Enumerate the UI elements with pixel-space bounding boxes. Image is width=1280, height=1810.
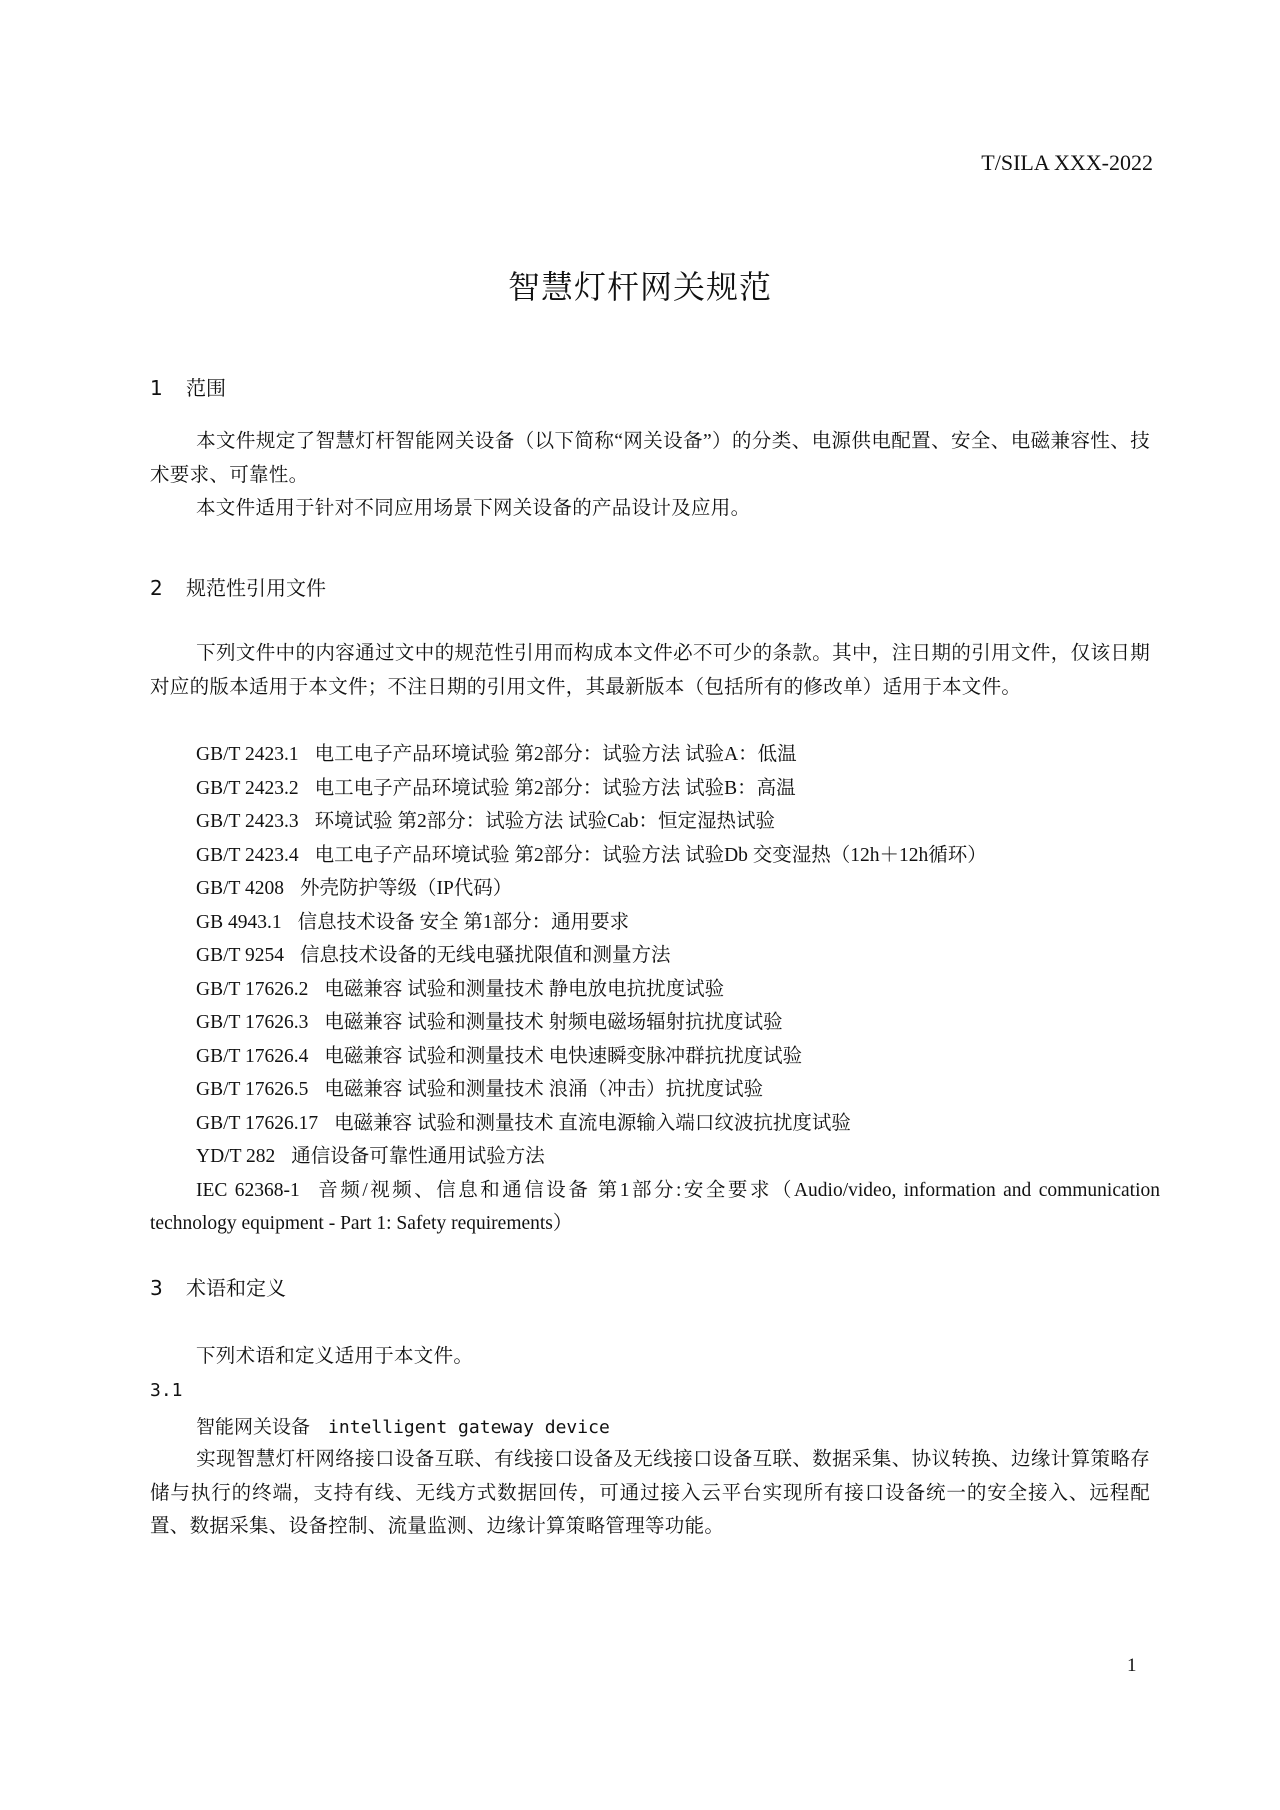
paragraph: 本文件适用于针对不同应用场景下网关设备的产品设计及应用。 — [150, 492, 1150, 526]
term-name: 智能网关设备intelligent gateway device — [196, 1412, 610, 1439]
paragraph: 下列术语和定义适用于本文件。 — [150, 1340, 1150, 1374]
paragraph: 下列文件中的内容通过文中的规范性引用而构成本文件必不可少的条款。其中，注日期的引… — [150, 637, 1150, 704]
section-number: 1 — [150, 376, 186, 400]
page-number: 1 — [1127, 1655, 1137, 1677]
reference-item: GB/T 17626.2电磁兼容 试验和测量技术 静电放电抗扰度试验 — [150, 973, 1160, 1007]
section-title: 术语和定义 — [186, 1276, 286, 1300]
term-definition: 实现智慧灯杆网络接口设备互联、有线接口设备及无线接口设备互联、数据采集、协议转换… — [150, 1443, 1150, 1544]
section-number: 3 — [150, 1276, 186, 1300]
term-number: 3.1 — [150, 1380, 183, 1401]
section-number: 2 — [150, 576, 186, 600]
section-heading-scope: 1范围 — [150, 372, 226, 401]
reference-item: GB/T 2423.2电工电子产品环境试验 第2部分：试验方法 试验B：高温 — [150, 772, 1160, 806]
paragraph: 本文件规定了智慧灯杆智能网关设备（以下简称“网关设备”）的分类、电源供电配置、安… — [150, 425, 1150, 492]
reference-item: IEC 62368-1音频/视频、信息和通信设备 第1部分:安全要求（Audio… — [150, 1174, 1160, 1241]
term-name-zh: 智能网关设备 — [196, 1416, 310, 1438]
reference-item: GB/T 2423.3环境试验 第2部分：试验方法 试验Cab：恒定湿热试验 — [150, 805, 1160, 839]
reference-item: GB/T 17626.3电磁兼容 试验和测量技术 射频电磁场辐射抗扰度试验 — [150, 1006, 1160, 1040]
reference-item: GB/T 4208外壳防护等级（IP代码） — [150, 872, 1160, 906]
reference-item: GB/T 17626.5电磁兼容 试验和测量技术 浪涌（冲击）抗扰度试验 — [150, 1073, 1160, 1107]
standard-code: T/SILA XXX-2022 — [981, 150, 1153, 176]
section-title: 范围 — [186, 376, 226, 400]
section-title: 规范性引用文件 — [186, 576, 326, 600]
reference-item: GB/T 2423.4电工电子产品环境试验 第2部分：试验方法 试验Db 交变湿… — [150, 839, 1160, 873]
document-title: 智慧灯杆网关规范 — [0, 262, 1280, 308]
reference-item: GB/T 9254信息技术设备的无线电骚扰限值和测量方法 — [150, 939, 1160, 973]
reference-item: GB/T 2423.1电工电子产品环境试验 第2部分：试验方法 试验A：低温 — [150, 738, 1160, 772]
section-heading-normative-references: 2规范性引用文件 — [150, 572, 326, 601]
section-heading-terms-definitions: 3术语和定义 — [150, 1272, 286, 1301]
reference-item: GB/T 17626.17电磁兼容 试验和测量技术 直流电源输入端口纹波抗扰度试… — [150, 1107, 1160, 1141]
term-name-en: intelligent gateway device — [328, 1417, 610, 1438]
reference-list: GB/T 2423.1电工电子产品环境试验 第2部分：试验方法 试验A：低温 G… — [150, 738, 1160, 1241]
reference-item: GB/T 17626.4电磁兼容 试验和测量技术 电快速瞬变脉冲群抗扰度试验 — [150, 1040, 1160, 1074]
document-page: T/SILA XXX-2022 智慧灯杆网关规范 1范围 本文件规定了智慧灯杆智… — [0, 0, 1280, 1810]
reference-item: YD/T 282通信设备可靠性通用试验方法 — [150, 1140, 1160, 1174]
reference-item: GB 4943.1信息技术设备 安全 第1部分：通用要求 — [150, 906, 1160, 940]
